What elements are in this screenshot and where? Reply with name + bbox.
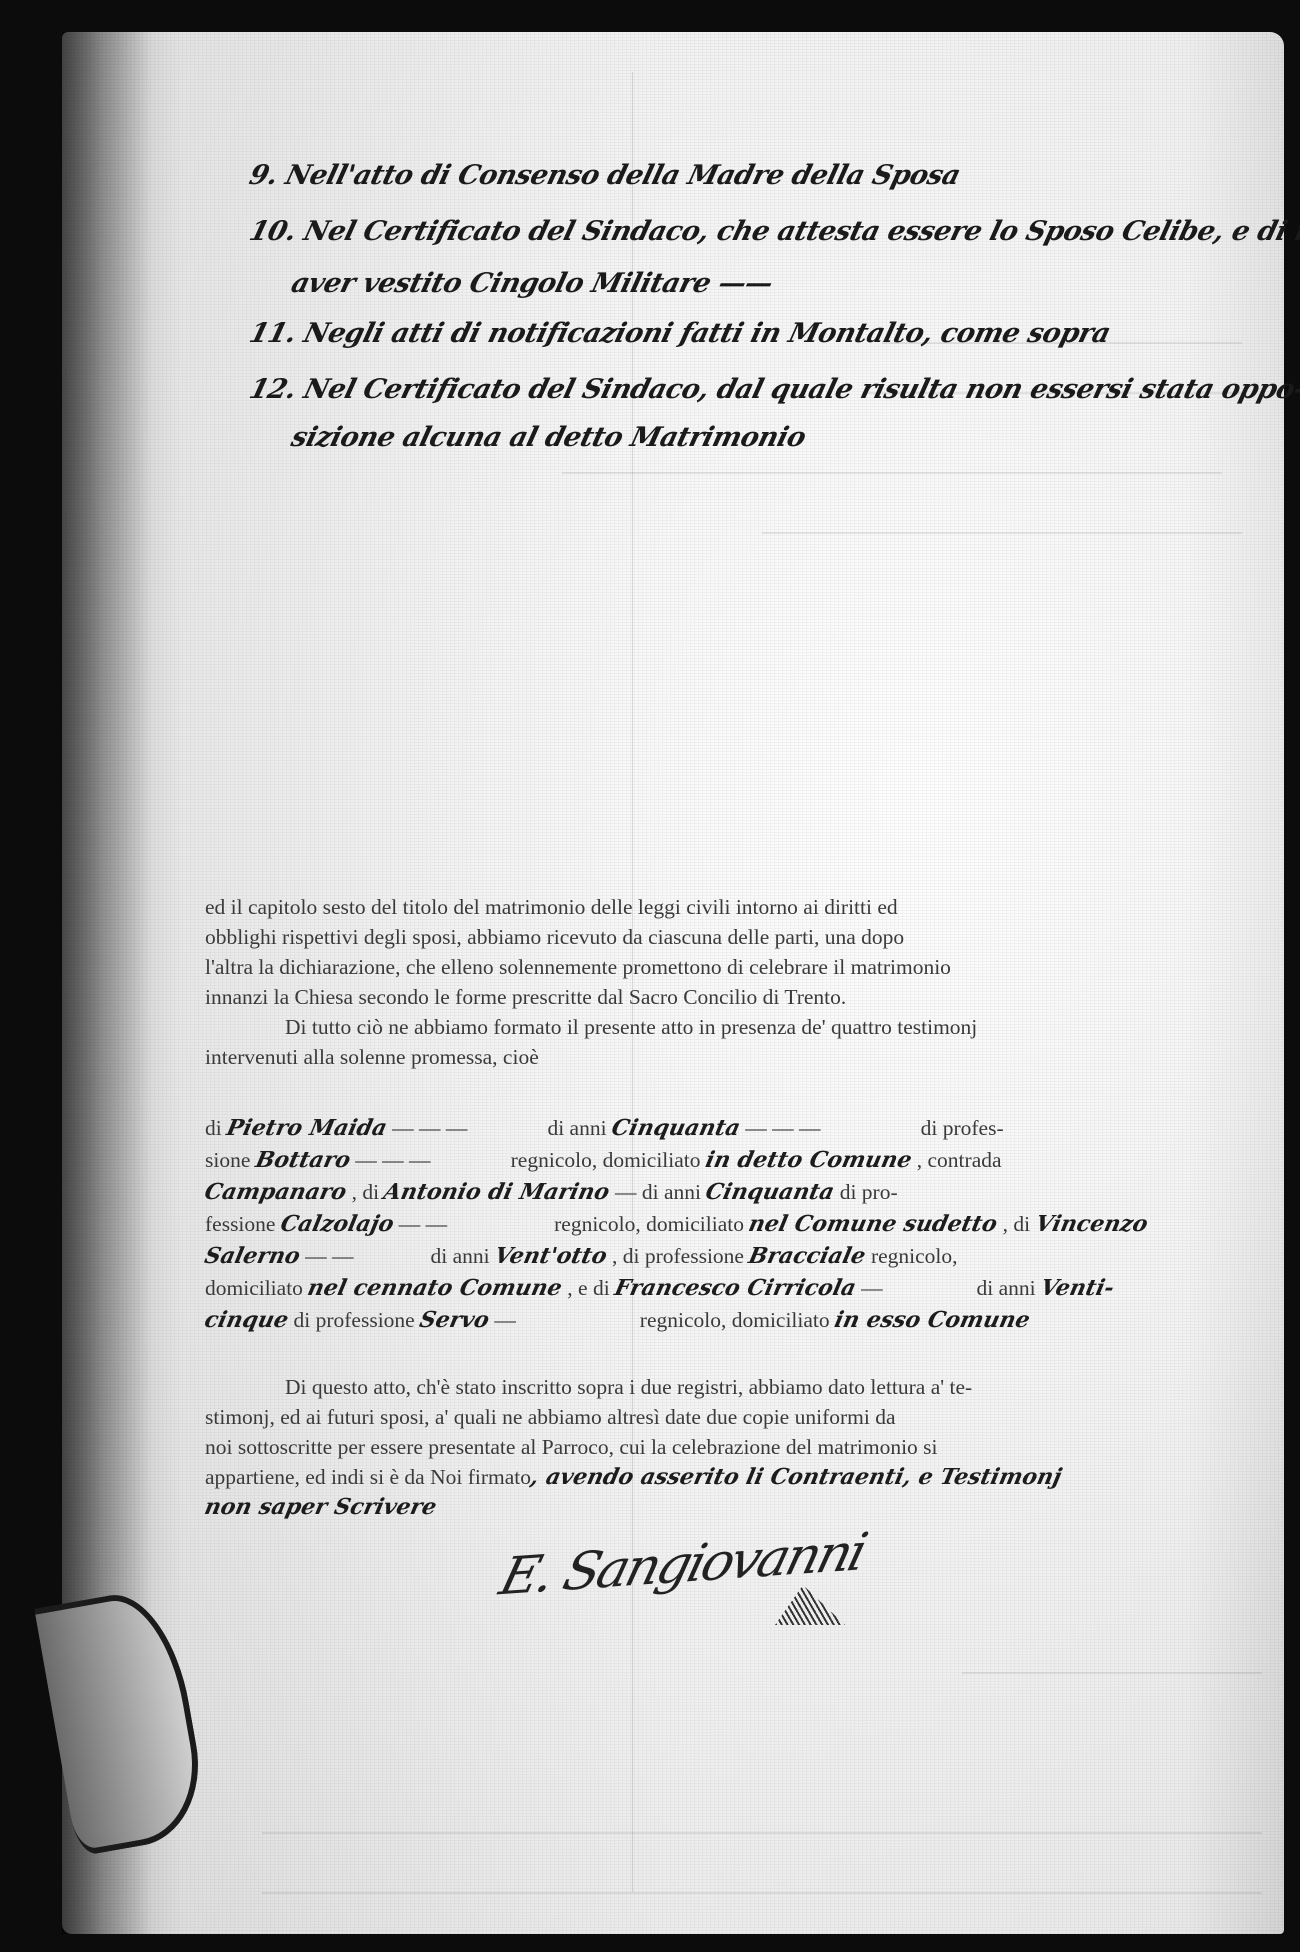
witness-1-name: Pietro Maida — [224, 1112, 390, 1144]
label: regnicolo, domiciliato — [511, 1148, 701, 1172]
list-item-text: Negli atti di notificazioni fatti in Mon… — [301, 318, 1114, 349]
filler-dash: — — — — [355, 1144, 505, 1176]
closing-line: Di questo atto, ch'è stato inscritto sop… — [205, 1372, 1245, 1402]
witness-line: sione Bottaro — — — regnicolo, domicilia… — [205, 1144, 1245, 1176]
label: di anni — [547, 1116, 606, 1140]
label: di anni — [431, 1244, 490, 1268]
witness-3-surname: Salerno — [202, 1240, 304, 1272]
witness-4-name: Francesco Cirricola — [612, 1272, 859, 1304]
label: di anni — [976, 1276, 1035, 1300]
list-item: 9. Nell'atto di Consenso della Madre del… — [246, 160, 963, 191]
body-line: innanzi la Chiesa secondo le forme presc… — [205, 982, 1245, 1012]
filler-dash: — — [861, 1272, 971, 1304]
witness-1-age: Cinquanta — [609, 1112, 744, 1144]
closing-line: non saper Scrivere — [205, 1492, 1245, 1522]
witness-1-street: Campanaro — [202, 1176, 350, 1208]
label: di pro- — [840, 1180, 898, 1204]
witness-section: di Pietro Maida — — — di anni Cinquanta … — [205, 1112, 1245, 1336]
witness-2-name: Antonio di Marino — [381, 1176, 613, 1208]
witness-3-profession: Bracciale — [746, 1240, 869, 1272]
witness-2-age: Cinquanta — [703, 1176, 838, 1208]
closing-handwritten-text: non saper Scrivere — [202, 1492, 440, 1522]
witness-line: di Pietro Maida — — — di anni Cinquanta … — [205, 1112, 1245, 1144]
filler-dash: — — [615, 1176, 637, 1208]
witness-3-domicile: nel cennato Comune — [305, 1272, 565, 1304]
closing-line: appartiene, ed indi si è da Noi firmato,… — [205, 1462, 1245, 1492]
bleed-through-line — [762, 532, 1242, 534]
witness-3-age: Vent'otto — [492, 1240, 610, 1272]
witness-1-profession: Bottaro — [252, 1144, 353, 1176]
body-line: ed il capitolo sesto del titolo del matr… — [205, 892, 1245, 922]
label: sione — [205, 1148, 250, 1172]
witness-line: domiciliato nel cennato Comune , e di Fr… — [205, 1272, 1245, 1304]
label: fessione — [205, 1212, 275, 1236]
witness-4-age: Venti- — [1038, 1272, 1118, 1304]
closing-line: noi sottoscritte per essere presentate a… — [205, 1432, 1245, 1462]
body-line: l'altra la dichiarazione, che elleno sol… — [205, 952, 1245, 982]
filler-dash: — — — — [745, 1112, 915, 1144]
bleed-through-line — [962, 1672, 1262, 1674]
filler-dash: — — — — [392, 1112, 542, 1144]
label: , e di — [567, 1276, 609, 1300]
filler-dash: — — — [399, 1208, 549, 1240]
witness-1-domicile: in detto Comune — [702, 1144, 914, 1176]
label: , di — [1003, 1212, 1030, 1236]
filler-dash: — — — [305, 1240, 425, 1272]
closing-handwritten-text: , avendo asserito li Contraenti, e Testi… — [528, 1462, 1065, 1492]
list-item-text: aver vestito Cingolo Militare —— — [288, 268, 776, 299]
list-item-number: 10. — [246, 216, 299, 247]
list-item: sizione alcuna al detto Matrimonio — [288, 422, 809, 453]
list-item-number: 12. — [246, 374, 299, 405]
witness-line: Salerno — — di anni Vent'otto , di profe… — [205, 1240, 1245, 1272]
list-item-text: Nel Certificato del Sindaco, che attesta… — [301, 216, 1300, 247]
label: , di — [352, 1180, 379, 1204]
witness-2-profession: Calzolajo — [277, 1208, 396, 1240]
label: , contrada — [917, 1148, 1002, 1172]
label: regnicolo, domiciliato — [640, 1308, 830, 1332]
body-line: obblighi rispettivi degli sposi, abbiamo… — [205, 922, 1245, 952]
bleed-through-line — [262, 1832, 1262, 1834]
witness-line: cinque di professione Servo — regnicolo,… — [205, 1304, 1245, 1336]
label: domiciliato — [205, 1276, 303, 1300]
list-item-text: Nell'atto di Consenso della Madre della … — [282, 160, 963, 191]
witness-4-profession: Servo — [417, 1304, 493, 1336]
label: regnicolo, — [871, 1244, 958, 1268]
filler-dash: — — [494, 1304, 634, 1336]
bleed-through-line — [262, 1892, 1262, 1894]
list-item: 12. Nel Certificato del Sindaco, dal qua… — [246, 374, 1300, 405]
list-item-text: Nel Certificato del Sindaco, dal quale r… — [301, 374, 1300, 405]
witness-4-age-cont: cinque — [202, 1304, 292, 1336]
closing-paragraph: Di questo atto, ch'è stato inscritto sop… — [205, 1372, 1245, 1522]
printed-body: ed il capitolo sesto del titolo del matr… — [205, 892, 1245, 1072]
body-line: Di tutto ciò ne abbiamo formato il prese… — [205, 1012, 1245, 1042]
closing-printed-text: appartiene, ed indi si è da Noi firmato — [205, 1465, 531, 1489]
bleed-through-line — [562, 472, 1222, 474]
label: regnicolo, domiciliato — [554, 1212, 744, 1236]
label: di professione — [294, 1308, 415, 1332]
list-item-text: sizione alcuna al detto Matrimonio — [288, 422, 809, 453]
witness-4-domicile: in esso Comune — [832, 1304, 1033, 1336]
witness-line: fessione Calzolajo — — regnicolo, domici… — [205, 1208, 1245, 1240]
witness-2-domicile: nel Comune sudetto — [746, 1208, 1001, 1240]
witness-line: Campanaro , di Antonio di Marino — di an… — [205, 1176, 1245, 1208]
label: di — [205, 1116, 222, 1140]
label: di anni — [642, 1180, 701, 1204]
label: di profes- — [921, 1116, 1004, 1140]
label: , di professione — [612, 1244, 744, 1268]
list-item: 11. Negli atti di notificazioni fatti in… — [246, 318, 1113, 349]
witness-3-name: Vincenzo — [1032, 1208, 1150, 1240]
closing-line: stimonj, ed ai futuri sposi, a' quali ne… — [205, 1402, 1245, 1432]
list-item: aver vestito Cingolo Militare —— — [288, 268, 776, 299]
list-item-number: 11. — [246, 318, 299, 349]
body-line: intervenuti alla solenne promessa, cioè — [205, 1042, 1245, 1072]
list-item: 10. Nel Certificato del Sindaco, che att… — [246, 216, 1300, 247]
